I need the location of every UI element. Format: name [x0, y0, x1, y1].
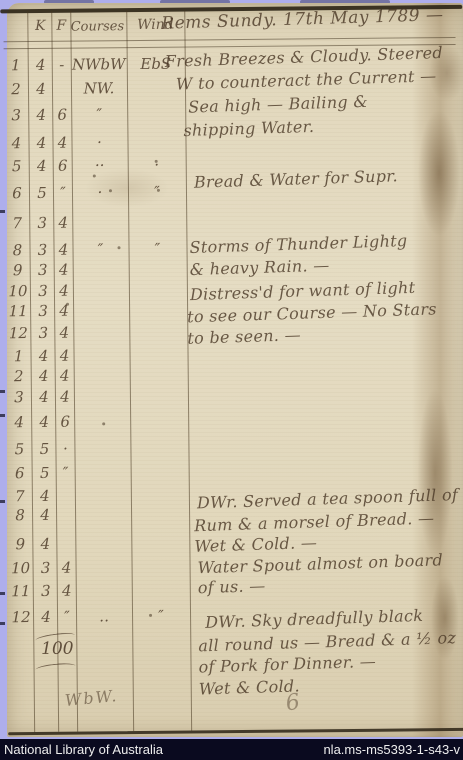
log-cell-h: 1 — [6, 346, 30, 366]
log-cell-f: 6 — [54, 156, 72, 176]
log-cell-w: ″ — [133, 606, 189, 627]
remark-line: Wet & Cold. — — [194, 533, 317, 556]
log-cell-k: 5 — [31, 183, 53, 203]
log-cell-w: ″ — [129, 239, 185, 260]
log-cell-h: 10 — [6, 281, 30, 301]
log-cell-h: 12 — [9, 607, 33, 627]
ink-dot — [93, 174, 96, 177]
header-courses: Courses — [67, 19, 127, 35]
log-cell-f: - — [53, 55, 71, 75]
log-cell-f: 4 — [55, 260, 73, 280]
log-cell-h: 5 — [7, 439, 31, 459]
log-cell-f: ″ — [54, 183, 72, 203]
log-cell-f: 4 — [55, 323, 73, 343]
log-cell-h: 8 — [5, 240, 29, 260]
log-cell-h: 3 — [7, 387, 31, 407]
log-cell-f: · — [56, 439, 74, 459]
scan-background: { "frame": { "background_color": "#aeaee… — [0, 0, 463, 760]
log-cell-w — [130, 300, 186, 301]
ink-dot — [102, 422, 105, 425]
log-table: K F Courses Wind Rems Sundy. 17th May 17… — [3, 0, 463, 737]
log-cell-f: 4 — [56, 387, 74, 407]
log-cell-k: 4 — [32, 346, 54, 366]
log-cell-f: ″ — [58, 607, 76, 627]
log-cell-w — [131, 386, 187, 387]
log-cell-c — [76, 557, 130, 558]
log-cell-f: 4 — [53, 133, 71, 153]
log-cell-w: ″ — [129, 182, 185, 203]
log-cell-w — [132, 533, 188, 534]
log-cell-f: 4 — [55, 301, 73, 321]
log-cell-k: 5 — [34, 463, 56, 483]
log-cell-c — [76, 533, 130, 534]
log-cell-k: 4 — [30, 55, 52, 75]
log-cell-h: 11 — [6, 301, 30, 321]
log-cell-h: 7 — [8, 486, 32, 506]
log-cell-f: 4 — [55, 281, 73, 301]
manuscript-page: K F Courses Wind Rems Sundy. 17th May 17… — [7, 3, 463, 737]
log-cell-k: 3 — [32, 260, 54, 280]
margin-ink-mark — [0, 622, 5, 625]
log-cell-f: 4 — [55, 346, 73, 366]
log-row: 55· — [7, 435, 463, 459]
log-cell-k: 4 — [33, 366, 55, 386]
log-cell-k: 4 — [30, 105, 52, 125]
log-cell-c: ‥ — [77, 606, 131, 627]
log-cell-c: · — [72, 132, 126, 153]
log-cell-f: 6 — [56, 412, 74, 432]
log-cell-c: · — [73, 182, 127, 203]
log-cell-c: ·· — [73, 155, 127, 176]
log-cell-w — [132, 485, 188, 486]
log-cell-w — [129, 212, 185, 213]
log-cell-w — [130, 345, 186, 346]
ink-dot — [149, 614, 152, 617]
margin-ink-mark — [0, 210, 5, 213]
log-cell-k: 3 — [35, 581, 57, 601]
log-cell-f: 4 — [58, 581, 76, 601]
margin-ink-mark — [0, 414, 5, 417]
log-cell-w — [130, 280, 186, 281]
course-made-good: WbW. — [64, 686, 119, 710]
remark-line: of us. — — [197, 576, 265, 597]
log-cell-k: 5 — [33, 439, 55, 459]
log-cell-w — [132, 557, 188, 558]
log-cell-k: 3 — [32, 281, 54, 301]
log-cell-h: 8 — [8, 505, 32, 525]
ink-dot — [157, 189, 160, 192]
log-cell-k: 3 — [31, 213, 53, 233]
margin-ink-mark — [0, 390, 5, 393]
log-cell-c — [73, 212, 127, 213]
log-row: 344 — [7, 383, 463, 407]
log-cell-w — [128, 104, 184, 105]
log-cell-k: 4 — [34, 505, 56, 525]
log-cell-k: 3 — [34, 558, 56, 578]
log-cell-c: ″ — [73, 239, 127, 260]
log-cell-w — [130, 259, 186, 260]
ink-dot — [109, 189, 112, 192]
remark-line: all round us — Bread & a ½ oz — [198, 628, 456, 655]
log-cell-c — [74, 300, 128, 301]
log-cell-c — [74, 322, 128, 323]
log-cell-w — [133, 580, 189, 581]
log-cell-k: 4 — [30, 79, 52, 99]
log-cell-c — [74, 280, 128, 281]
footer-institution: National Library of Australia — [4, 742, 163, 757]
log-cell-k: 4 — [35, 607, 57, 627]
ink-dot — [117, 246, 120, 249]
log-cell-k: 4 — [30, 133, 52, 153]
log-cell-c: ″ — [72, 104, 126, 125]
distance-total: 100 — [39, 639, 75, 659]
log-cell-c — [74, 345, 128, 346]
log-cell-c: NW. — [72, 78, 126, 99]
log-cell-f: 4 — [56, 366, 74, 386]
total-flourish — [35, 662, 76, 674]
log-cell-k: 4 — [34, 534, 56, 554]
log-cell-c — [75, 386, 129, 387]
log-cell-c — [75, 438, 129, 439]
footer-image-id: nla.ms-ms5393-1-s43-v — [323, 742, 460, 757]
log-cell-w — [132, 504, 188, 505]
log-cell-k: 3 — [32, 301, 54, 321]
log-cell-k: 4 — [33, 412, 55, 432]
log-row: 734 — [5, 209, 461, 233]
log-cell-w — [132, 462, 188, 463]
log-cell-k: 4 — [33, 387, 55, 407]
log-cell-w — [131, 438, 187, 439]
log-cell-f: 4 — [54, 213, 72, 233]
log-cell-w — [131, 365, 187, 366]
log-cell-c: NWbW — [72, 54, 126, 75]
log-cell-c — [77, 580, 131, 581]
log-cell-c — [76, 462, 130, 463]
remark-line: of Pork for Dinner. — — [198, 652, 376, 677]
log-cell-w — [128, 132, 184, 133]
log-cell-h: 9 — [6, 260, 30, 280]
log-cell-h: 12 — [6, 323, 30, 343]
log-cell-h: 9 — [8, 534, 32, 554]
header-knots: K — [29, 18, 51, 34]
footer-bar: National Library of Australia nla.ms-ms5… — [0, 739, 463, 760]
log-cell-h: 6 — [5, 183, 29, 203]
log-cell-h: 11 — [9, 581, 33, 601]
ink-dot — [155, 160, 158, 163]
log-cell-k: 4 — [34, 486, 56, 506]
margin-ink-mark — [0, 592, 5, 595]
log-row: 65″ — [8, 459, 463, 483]
log-cell-h: 4 — [7, 412, 31, 432]
log-cell-h: 2 — [4, 79, 28, 99]
log-cell-h: 5 — [5, 156, 29, 176]
log-cell-c — [75, 365, 129, 366]
log-cell-h: 6 — [8, 463, 32, 483]
log-cell-w — [130, 322, 186, 323]
log-cell-h: 2 — [7, 366, 31, 386]
log-row: 446 — [7, 408, 463, 432]
margin-ink-mark — [0, 500, 5, 503]
log-cell-f: 6 — [53, 105, 71, 125]
log-cell-k: 3 — [32, 323, 54, 343]
log-cell-c — [75, 411, 129, 412]
log-cell-h: 4 — [4, 133, 28, 153]
log-cell-c — [76, 485, 130, 486]
log-cell-h: 10 — [8, 558, 32, 578]
ink-dot — [66, 303, 69, 306]
log-cell-h: 7 — [5, 213, 29, 233]
log-cell-f: 4 — [54, 240, 72, 260]
remark-line: to be seen. — — [187, 325, 301, 348]
log-cell-f: 4 — [57, 558, 75, 578]
log-cell-w — [131, 411, 187, 412]
log-cell-h: 1 — [4, 55, 28, 75]
log-cell-k: 4 — [31, 156, 53, 176]
log-cell-c — [76, 504, 130, 505]
log-cell-k: 3 — [31, 240, 53, 260]
log-cell-h: 3 — [4, 105, 28, 125]
log-cell-c — [74, 259, 128, 260]
log-cell-f: ″ — [57, 463, 75, 483]
log-cell-w: · — [129, 155, 185, 176]
